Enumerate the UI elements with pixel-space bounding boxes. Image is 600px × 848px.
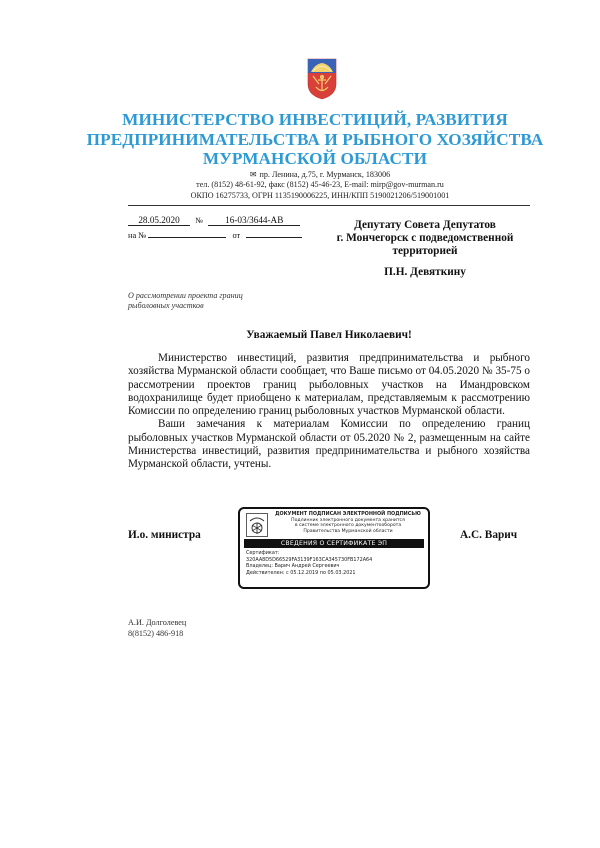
header-divider (128, 205, 530, 206)
addressee-name: П.Н. Девяткину (320, 266, 530, 278)
ministry-title-line: ПРЕДПРИНИМАТЕЛЬСТВА И РЫБНОГО ХОЗЯЙСТВА (60, 130, 570, 150)
incoming-reference: на № от (128, 231, 302, 240)
executor-phone: 8(8152) 486-918 (128, 629, 186, 640)
ministry-title: МИНИСТЕРСТВО ИНВЕСТИЦИЙ, РАЗВИТИЯ ПРЕДПР… (60, 110, 570, 169)
registration-codes: ОКПО 16275733, ОГРН 1135190006225, ИНН/К… (100, 191, 540, 201)
body-paragraph: Министерство инвестиций, развития предпр… (128, 352, 530, 418)
certificate-owner: Владелец: Варич Андрей Сергеевич (246, 563, 372, 570)
signatory-position: И.о. министра (128, 529, 201, 541)
addressee-line: территорией (320, 245, 530, 258)
from-date (246, 237, 302, 238)
addressee-line: Депутату Совета Депутатов (320, 219, 530, 232)
letter-subject: О рассмотрении проекта границ рыболовных… (128, 291, 288, 312)
stamp-emblem-icon (246, 513, 268, 537)
envelope-icon: ✉ (250, 170, 257, 179)
outgoing-date: 28.05.2020 (128, 215, 190, 226)
ministry-contacts: ✉пр. Ленина, д.75, г. Мурманск, 183006 т… (100, 170, 540, 201)
electronic-signature-stamp: ДОКУМЕНТ ПОДПИСАН ЭЛЕКТРОННОЙ ПОДПИСЬЮ П… (238, 507, 430, 589)
subject-line: О рассмотрении проекта границ (128, 291, 288, 301)
certificate-details: Сертификат: 320AA8D5D66529FA3139F163CA34… (246, 550, 372, 576)
subject-line: рыболовных участков (128, 301, 288, 311)
certificate-info-bar: СВЕДЕНИЯ О СЕРТИФИКАТЕ ЭП (244, 539, 424, 548)
stamp-title: ДОКУМЕНТ ПОДПИСАН ЭЛЕКТРОННОЙ ПОДПИСЬЮ (270, 512, 426, 518)
number-label: № (195, 216, 203, 225)
letter-body: Министерство инвестиций, развития предпр… (128, 352, 530, 472)
stamp-note: Правительства Мурманской области (270, 529, 426, 535)
stamp-header: ДОКУМЕНТ ПОДПИСАН ЭЛЕКТРОННОЙ ПОДПИСЬЮ П… (270, 512, 426, 535)
ministry-title-line: МИНИСТЕРСТВО ИНВЕСТИЦИЙ, РАЗВИТИЯ (60, 110, 570, 130)
ref-number (148, 237, 226, 238)
salutation: Уважаемый Павел Николаевич! (128, 329, 530, 341)
phones-email: тел. (8152) 48-61-92, факс (8152) 45-46-… (100, 180, 540, 190)
certificate-label: Сертификат: (246, 550, 372, 557)
ref-label: на № (128, 231, 146, 240)
certificate-validity: Действителен: с 05.12.2019 по 05.03.2021 (246, 570, 372, 577)
addressee: Депутату Совета Депутатов г. Мончегорск … (320, 219, 530, 259)
executor: А.И. Долголевец 8(8152) 486-918 (128, 618, 186, 639)
from-label: от (232, 231, 240, 240)
address: пр. Ленина, д.75, г. Мурманск, 183006 (260, 170, 391, 179)
outgoing-number: 16-03/3644-АВ (208, 215, 300, 226)
ministry-title-line: МУРМАНСКОЙ ОБЛАСТИ (60, 149, 570, 169)
signatory-name: А.С. Варич (460, 529, 517, 541)
body-paragraph: Ваши замечания к материалам Комиссии по … (128, 418, 530, 471)
coat-of-arms-icon (307, 58, 337, 100)
executor-name: А.И. Долголевец (128, 618, 186, 629)
outgoing-registration: 28.05.2020 № 16-03/3644-АВ (128, 215, 300, 226)
addressee-line: г. Мончегорск с подведомственной (320, 232, 530, 245)
